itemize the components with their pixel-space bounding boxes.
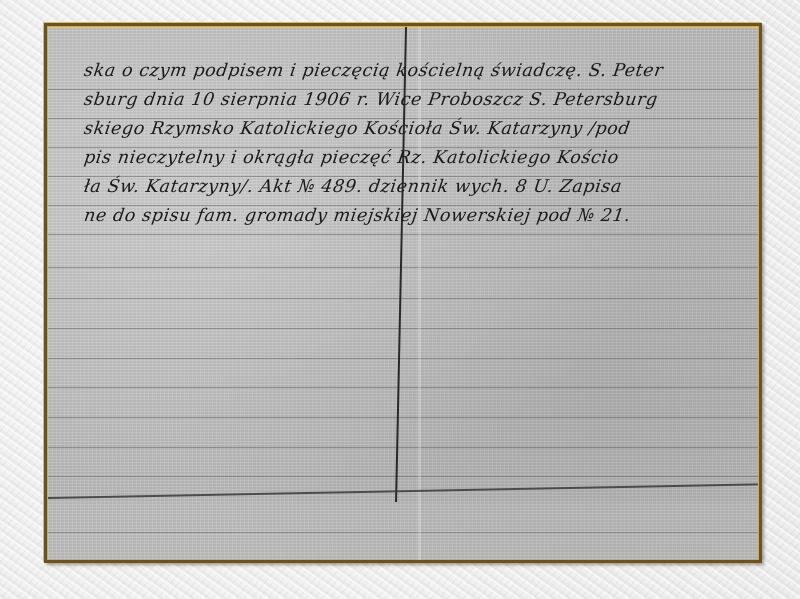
text-line-5: ła Św. Katarzyny/. Akt № 489. dziennik w… (82, 173, 762, 202)
document-paper: ska o czym podpisem i pieczęcią kościeln… (48, 27, 758, 559)
text-line-3: skiego Rzymsko Katolickiego Kościoła Św.… (82, 115, 762, 144)
text-line-4: pis nieczytelny i okrągła pieczęć Rz. Ka… (82, 144, 762, 173)
lower-paper-band (48, 502, 758, 559)
text-line-1: ska o czym podpisem i pieczęcią kościeln… (82, 57, 762, 86)
ruled-line (48, 387, 758, 388)
ruled-line (48, 298, 758, 299)
ruled-line (48, 476, 758, 477)
horizontal-fold-line (48, 483, 758, 499)
text-line-6: ne do spisu fam. gromady miejskiej Nower… (82, 202, 762, 231)
ruled-line (48, 447, 758, 448)
document-frame: ska o czym podpisem i pieczęcią kościeln… (44, 23, 762, 563)
ruled-line (48, 267, 758, 268)
ruled-line (48, 328, 758, 329)
ruled-line (48, 358, 758, 359)
ruled-line (48, 417, 758, 418)
ruled-line (48, 234, 758, 235)
handwritten-text: ska o czym podpisem i pieczęcią kościeln… (84, 57, 762, 231)
text-line-2: sburg dnia 10 sierpnia 1906 r. Wice Prob… (82, 86, 762, 115)
